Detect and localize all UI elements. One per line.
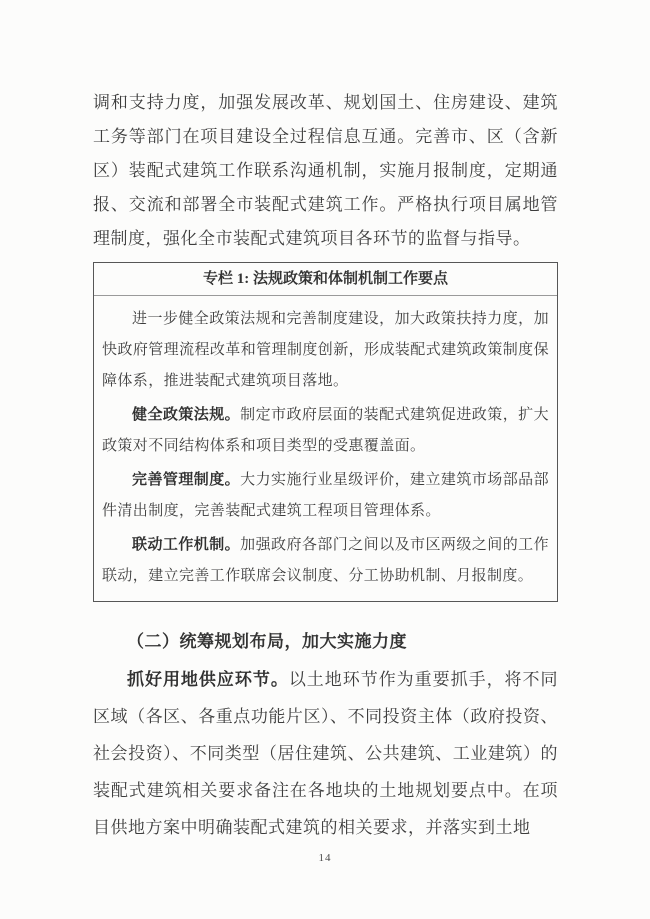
callout-item-management-lead: 完善管理制度。: [132, 472, 240, 488]
section-two-heading: （二）统筹规划布局，加大实施力度: [93, 625, 558, 659]
callout-box-policy: 专栏 1: 法规政策和体制机制工作要点 进一步健全政策法规和完善制度建设，加大政…: [93, 262, 558, 602]
callout-box-body: 进一步健全政策法规和完善制度建设，加大政策扶持力度，加快政府管理流程改革和管理制…: [94, 296, 557, 601]
section-two-paragraph-text: 以土地环节作为重要抓手，将不同区域（各区、各重点功能片区）、不同投资主体（政府投…: [93, 670, 558, 837]
callout-item-linkage: 联动工作机制。加强政府各部门之间以及市区两级之间的工作联动，建立完善工作联席会议…: [102, 530, 549, 592]
continuation-paragraph: 调和支持力度，加强发展改革、规划国土、住房建设、建筑工务等部门在项目建设全过程信…: [93, 86, 558, 256]
callout-item-linkage-lead: 联动工作机制。: [132, 537, 240, 553]
page-content: 调和支持力度，加强发展改革、规划国土、住房建设、建筑工务等部门在项目建设全过程信…: [93, 86, 558, 846]
page-number: 14: [0, 852, 650, 864]
callout-box-title: 专栏 1: 法规政策和体制机制工作要点: [94, 263, 557, 296]
section-two-paragraph: 抓好用地供应环节。以土地环节作为重要抓手，将不同区域（各区、各重点功能片区）、不…: [93, 661, 558, 846]
callout-intro-paragraph: 进一步健全政策法规和完善制度建设，加大政策扶持力度，加快政府管理流程改革和管理制…: [102, 304, 549, 397]
callout-item-management: 完善管理制度。大力实施行业星级评价，建立建筑市场部品部件清出制度，完善装配式建筑…: [102, 465, 549, 527]
callout-item-policy: 健全政策法规。制定市政府层面的装配式建筑促进政策，扩大政策对不同结构体系和项目类…: [102, 400, 549, 462]
callout-item-policy-lead: 健全政策法规。: [132, 407, 240, 423]
section-two-paragraph-lead: 抓好用地供应环节。: [127, 670, 289, 689]
document-page: 调和支持力度，加强发展改革、规划国土、住房建设、建筑工务等部门在项目建设全过程信…: [0, 0, 650, 919]
